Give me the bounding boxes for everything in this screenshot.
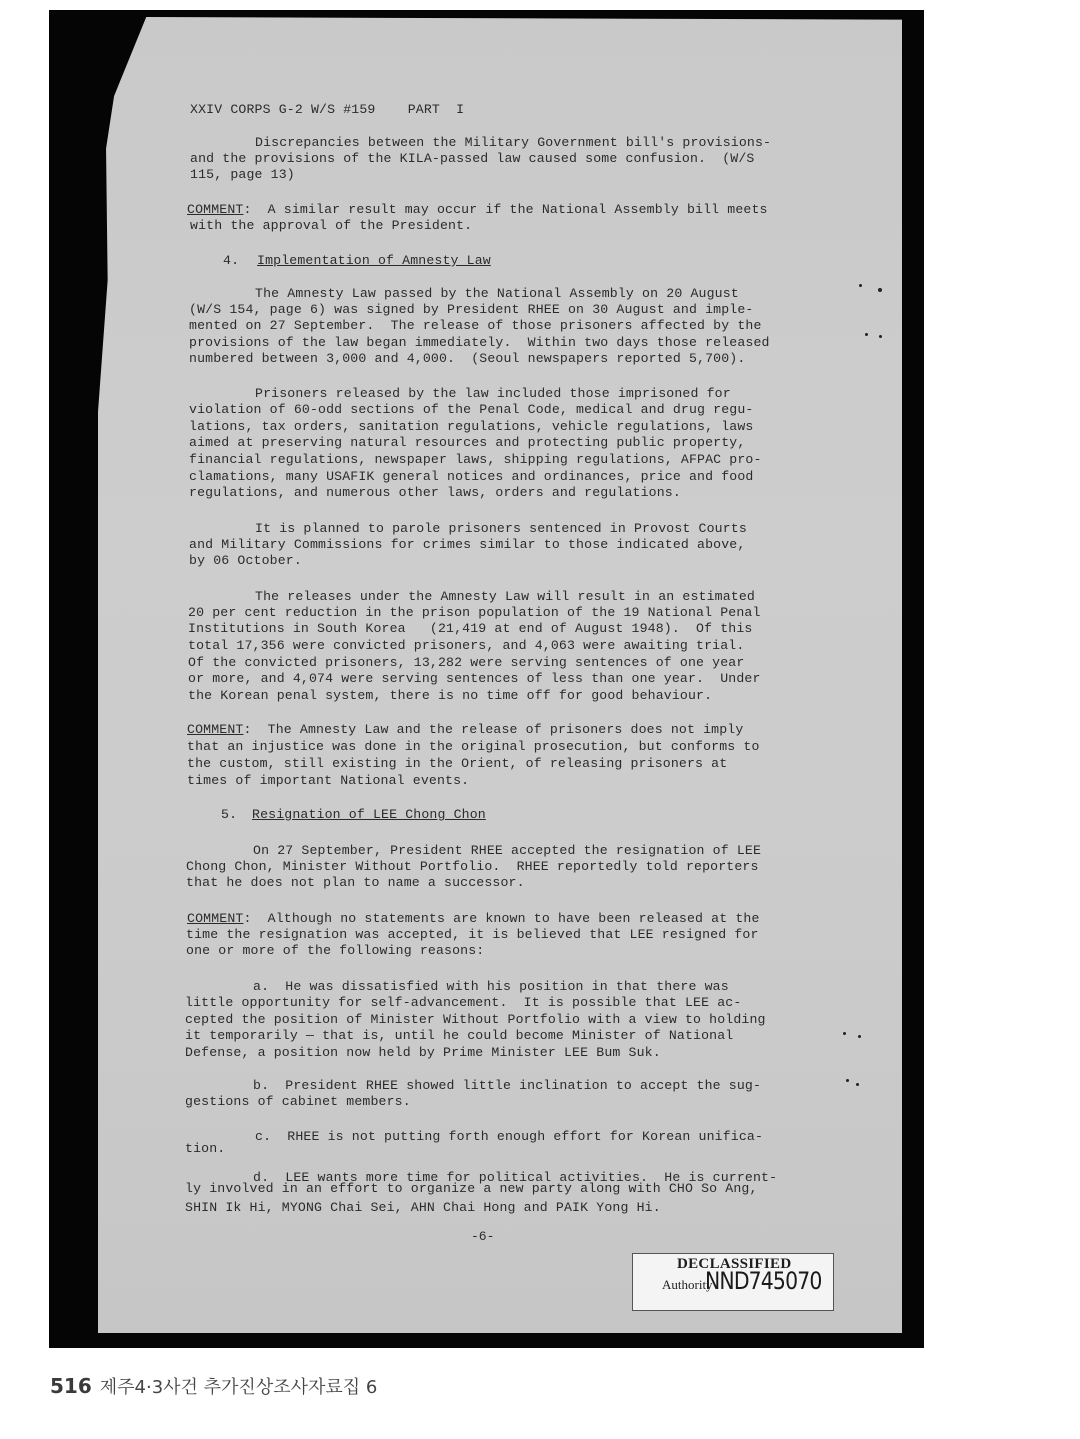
- document-line: COMMENT: Although no statements are know…: [187, 911, 760, 928]
- document-line: Institutions in South Korea (21,419 at e…: [188, 621, 752, 638]
- line-text: provisions of the law began immediately.…: [189, 335, 770, 350]
- document-line: ly involved in an effort to organize a n…: [185, 1181, 758, 1198]
- comment-label: COMMENT: [187, 202, 243, 217]
- document-line: b. President RHEE showed little inclinat…: [253, 1078, 761, 1095]
- page-number: -6-: [471, 1229, 494, 1244]
- comment-label: COMMENT: [187, 722, 243, 737]
- document-line: cepted the position of Minister Without …: [185, 1012, 766, 1029]
- document-line: 20 per cent reduction in the prison popu…: [188, 605, 761, 622]
- line-text: that he does not plan to name a successo…: [186, 875, 525, 890]
- document-line: On 27 September, President RHEE accepted…: [253, 843, 761, 860]
- line-text: The Amnesty Law passed by the National A…: [255, 286, 739, 301]
- line-text: tion.: [185, 1141, 225, 1156]
- document-line: SHIN Ik Hi, MYONG Chai Sei, AHN Chai Hon…: [185, 1200, 661, 1217]
- document-line: Discrepancies between the Military Gover…: [255, 135, 771, 152]
- document-line: 5.: [221, 807, 237, 824]
- line-text: Prisoners released by the law included t…: [255, 386, 731, 401]
- document-line: gestions of cabinet members.: [185, 1094, 411, 1111]
- line-text: the custom, still existing in the Orient…: [187, 756, 727, 771]
- document-line: by 06 October.: [189, 553, 302, 570]
- document-line: tion.: [185, 1141, 225, 1158]
- scan-speck: [846, 1079, 849, 1082]
- line-text: cepted the position of Minister Without …: [185, 1012, 766, 1027]
- line-text: XXIV CORPS G-2 W/S #159 PART I: [190, 102, 464, 117]
- line-text: gestions of cabinet members.: [185, 1094, 411, 1109]
- document-line: Prisoners released by the law included t…: [255, 386, 731, 403]
- line-text: total 17,356 were convicted prisoners, a…: [188, 638, 744, 653]
- scan-speck: [878, 288, 882, 292]
- document-line: The Amnesty Law passed by the National A…: [255, 286, 739, 303]
- line-text: b. President RHEE showed little inclinat…: [253, 1078, 761, 1093]
- document-line: with the approval of the President.: [190, 218, 472, 235]
- comment-label: COMMENT: [187, 911, 243, 926]
- document-line: Implementation of Amnesty Law: [257, 253, 491, 270]
- document-line: that an injustice was done in the origin…: [187, 739, 760, 756]
- scan-speck: [843, 1032, 846, 1035]
- document-line: 4.: [223, 253, 239, 270]
- line-text: little opportunity for self-advancement.…: [185, 995, 741, 1010]
- document-line: and Military Commissions for crimes simi…: [189, 537, 745, 554]
- line-text: by 06 October.: [189, 553, 302, 568]
- document-line: numbered between 3,000 and 4,000. (Seoul…: [189, 351, 745, 368]
- document-line: c. RHEE is not putting forth enough effo…: [255, 1129, 763, 1146]
- scan-speck: [859, 284, 862, 287]
- document-line: Of the convicted prisoners, 13,282 were …: [188, 655, 744, 672]
- scan-speck: [865, 333, 868, 336]
- document-line: clamations, many USAFIK general notices …: [189, 469, 753, 486]
- document-line: XXIV CORPS G-2 W/S #159 PART I: [190, 102, 464, 119]
- document-line: mented on 27 September. The release of t…: [189, 318, 762, 335]
- line-text: or more, and 4,074 were serving sentence…: [188, 671, 761, 686]
- document-line: the custom, still existing in the Orient…: [187, 756, 727, 773]
- line-text: with the approval of the President.: [190, 218, 472, 233]
- document-line: that he does not plan to name a successo…: [186, 875, 525, 892]
- line-text: one or more of the following reasons:: [186, 943, 484, 958]
- scan-speck: [858, 1035, 861, 1038]
- line-text: it temporarily — that is, until he could…: [185, 1028, 733, 1043]
- document-line: violation of 60-odd sections of the Pena…: [189, 402, 753, 419]
- scan-speck: [879, 335, 882, 338]
- book-footer: 516제주4·3사건 추가진상조사자료집 6: [50, 1373, 377, 1399]
- line-text: violation of 60-odd sections of the Pena…: [189, 402, 753, 417]
- line-text: financial regulations, newspaper laws, s…: [189, 452, 762, 467]
- line-text: Of the convicted prisoners, 13,282 were …: [188, 655, 744, 670]
- document-line: (W/S 154, page 6) was signed by Presiden…: [189, 302, 753, 319]
- line-text: SHIN Ik Hi, MYONG Chai Sei, AHN Chai Hon…: [185, 1200, 661, 1215]
- line-text: 20 per cent reduction in the prison popu…: [188, 605, 761, 620]
- line-text: numbered between 3,000 and 4,000. (Seoul…: [189, 351, 745, 366]
- line-text: 5.: [221, 807, 237, 822]
- document-line: time the resignation was accepted, it is…: [186, 927, 759, 944]
- document-line: and the provisions of the KILA-passed la…: [190, 151, 754, 168]
- line-text: a. He was dissatisfied with his position…: [253, 979, 729, 994]
- line-text: 4.: [223, 253, 239, 268]
- document-line: little opportunity for self-advancement.…: [185, 995, 741, 1012]
- document-line: COMMENT: A similar result may occur if t…: [187, 202, 768, 219]
- line-text: and Military Commissions for crimes simi…: [189, 537, 745, 552]
- line-text: The releases under the Amnesty Law will …: [255, 589, 755, 604]
- line-text: (W/S 154, page 6) was signed by Presiden…: [189, 302, 753, 317]
- line-text: 115, page 13): [190, 167, 295, 182]
- line-text: It is planned to parole prisoners senten…: [255, 521, 747, 536]
- document-line: aimed at preserving natural resources an…: [189, 435, 745, 452]
- document-line: lations, tax orders, sanitation regulati…: [189, 419, 753, 436]
- stamp-authority-code: NND745070: [705, 1267, 821, 1295]
- line-text: Institutions in South Korea (21,419 at e…: [188, 621, 752, 636]
- section-heading: Resignation of LEE Chong Chon: [252, 807, 486, 822]
- line-text: regulations, and numerous other laws, or…: [189, 485, 681, 500]
- section-heading: Implementation of Amnesty Law: [257, 253, 491, 268]
- document-line: provisions of the law began immediately.…: [189, 335, 770, 352]
- scan-speck: [856, 1083, 859, 1086]
- line-text: ly involved in an effort to organize a n…: [185, 1181, 758, 1196]
- document-line: It is planned to parole prisoners senten…: [255, 521, 747, 538]
- line-text: time the resignation was accepted, it is…: [186, 927, 759, 942]
- document-line: COMMENT: The Amnesty Law and the release…: [187, 722, 743, 739]
- line-text: and the provisions of the KILA-passed la…: [190, 151, 754, 166]
- line-text: c. RHEE is not putting forth enough effo…: [255, 1129, 763, 1144]
- line-text: clamations, many USAFIK general notices …: [189, 469, 753, 484]
- book-page-number: 516: [50, 1374, 92, 1398]
- line-text: Defense, a position now held by Prime Mi…: [185, 1045, 661, 1060]
- document-line: Defense, a position now held by Prime Mi…: [185, 1045, 661, 1062]
- document-line: the Korean penal system, there is no tim…: [188, 688, 712, 705]
- document-line: it temporarily — that is, until he could…: [185, 1028, 733, 1045]
- document-line: times of important National events.: [187, 773, 469, 790]
- line-text: Discrepancies between the Military Gover…: [255, 135, 771, 150]
- line-text: lations, tax orders, sanitation regulati…: [189, 419, 753, 434]
- line-text: aimed at preserving natural resources an…: [189, 435, 745, 450]
- line-text: times of important National events.: [187, 773, 469, 788]
- document-line: regulations, and numerous other laws, or…: [189, 485, 681, 502]
- document-line: The releases under the Amnesty Law will …: [255, 589, 755, 606]
- document-line: financial regulations, newspaper laws, s…: [189, 452, 762, 469]
- line-text: On 27 September, President RHEE accepted…: [253, 843, 761, 858]
- declassified-stamp: DECLASSIFIED Authority NND745070: [632, 1253, 834, 1311]
- document-line: Chong Chon, Minister Without Portfolio. …: [186, 859, 759, 876]
- book-title: 제주4·3사건 추가진상조사자료집 6: [100, 1377, 378, 1398]
- line-text: Chong Chon, Minister Without Portfolio. …: [186, 859, 759, 874]
- document-line: one or more of the following reasons:: [186, 943, 484, 960]
- document-line: a. He was dissatisfied with his position…: [253, 979, 729, 996]
- document-line: total 17,356 were convicted prisoners, a…: [188, 638, 744, 655]
- document-line: or more, and 4,074 were serving sentence…: [188, 671, 761, 688]
- line-text: mented on 27 September. The release of t…: [189, 318, 762, 333]
- line-text: that an injustice was done in the origin…: [187, 739, 760, 754]
- document-line: Resignation of LEE Chong Chon: [252, 807, 486, 824]
- line-text: the Korean penal system, there is no tim…: [188, 688, 712, 703]
- document-line: 115, page 13): [190, 167, 295, 184]
